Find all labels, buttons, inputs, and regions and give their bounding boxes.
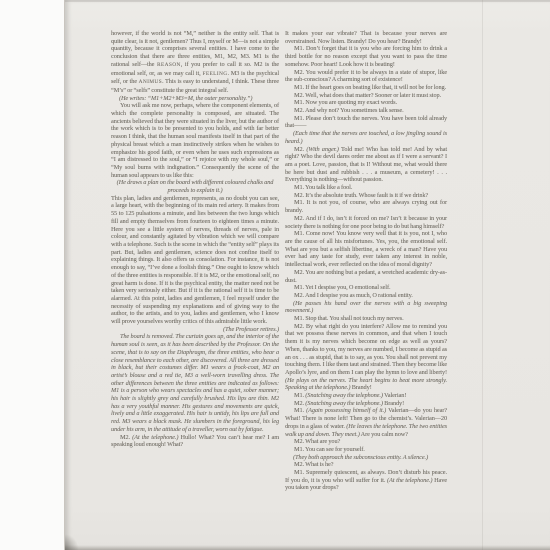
dialogue-line: M2. You would prefer it to be always in … bbox=[285, 69, 447, 84]
dialogue-line: M2. What is he? bbox=[285, 461, 447, 469]
dialogue-line: M2. (With anger.) Told me! Who has told … bbox=[285, 146, 447, 185]
paragraph: It makes your ear vibrate? That is becau… bbox=[285, 30, 447, 45]
paragraph: however, if the world is not “M,” neithe… bbox=[111, 30, 279, 95]
dialogue-line: M1. You can see for yourself. bbox=[285, 446, 447, 454]
dialogue-line: M2. You are nothing but a pedant, a wret… bbox=[285, 269, 447, 284]
dialogue-line: M2. And I despise you as much, O rationa… bbox=[285, 292, 447, 300]
dialogue-line: M1. It is not you, of course, who are al… bbox=[285, 199, 447, 214]
dialogue-line: M1. Supremely quiescent, as always. Don’… bbox=[285, 469, 447, 492]
dialogue-line: M1. If the heart goes on beating like th… bbox=[285, 84, 447, 92]
text-column-right: It makes your ear vibrate? That is becau… bbox=[285, 30, 447, 492]
dialogue-line: M1. Come now! You know very well that it… bbox=[285, 230, 447, 269]
dialogue-line: M2. And why not? You sometimes talk sens… bbox=[285, 107, 447, 115]
dialogue-line: M1. Please don’t touch the nerves. You h… bbox=[285, 115, 447, 130]
page-top-edge bbox=[65, 0, 550, 2]
dialogue-line: M1. Don’t forget that it is you who are … bbox=[285, 45, 447, 68]
page-crease bbox=[482, 0, 483, 550]
dialogue-line: M1. Yet I despise you, O emotional self. bbox=[285, 284, 447, 292]
dialogue-line: M2. Well, what does that matter? Sooner … bbox=[285, 92, 447, 100]
page-corner-shadow bbox=[65, 534, 79, 550]
dialogue-line: M2. And if I do, isn’t it forced on me? … bbox=[285, 215, 447, 230]
dialogue-line: M2. What are you? bbox=[285, 438, 447, 446]
page-bottom-edge bbox=[65, 545, 550, 550]
dialogue-line: M2. By what right do you interfere? Allo… bbox=[285, 323, 447, 392]
stage-direction: (Each time that the nerves are touched, … bbox=[285, 130, 447, 145]
paragraph: You will ask me now, perhaps, where the … bbox=[111, 102, 279, 179]
dialogue-line: M2. (At the telephone.) Hullo! What? You… bbox=[111, 434, 279, 449]
scan-background: however, if the world is not “M,” neithe… bbox=[0, 0, 550, 550]
stage-direction: (He draws a plan on the board with diffe… bbox=[111, 179, 279, 194]
dialogue-line: M1. You talk like a fool. bbox=[285, 184, 447, 192]
stage-direction: (They both approach the subconscious ent… bbox=[285, 454, 447, 462]
dialogue-line: M1. (Snatching away the telephone.) Vale… bbox=[285, 392, 447, 400]
text-column-left: however, if the world is not “M,” neithe… bbox=[111, 30, 279, 449]
dialogue-line: M1. Stop that. You shall not touch my ne… bbox=[285, 315, 447, 323]
dialogue-line: M1. Now you are quoting my exact words. bbox=[285, 99, 447, 107]
book-page: however, if the world is not “M,” neithe… bbox=[64, 0, 550, 550]
stage-direction: (He passes his hand over the nerves with… bbox=[285, 300, 447, 315]
stage-direction: The board is removed. The curtain goes u… bbox=[111, 333, 279, 433]
paragraph: This plan, ladies and gentlemen, represe… bbox=[111, 195, 279, 326]
dialogue-line: M1. (Again possessing himself of it.) Va… bbox=[285, 407, 447, 438]
